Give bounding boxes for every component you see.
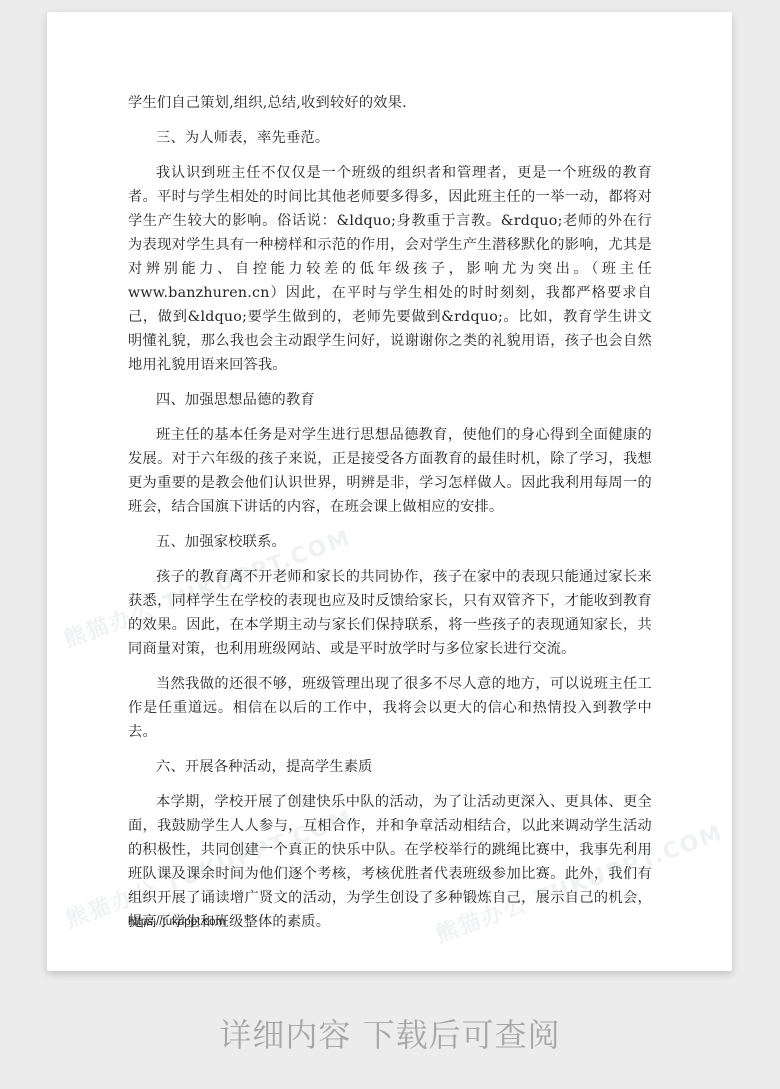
footer-url: https://tukuppt.com [128,916,225,928]
section-heading-4: 四、加强思想品德的教育 [128,388,652,412]
paragraph: 我认识到班主任不仅仅是一个班级的组织者和管理者，更是一个班级的教育者。平时与学生… [128,161,652,377]
document-body: 学生们自己策划,组织,总结,收到较好的效果. 三、为人师表，率先垂范。 我认识到… [128,91,652,934]
section-heading-3: 三、为人师表，率先垂范。 [128,126,652,150]
section-heading-6: 六、开展各种活动，提高学生素质 [128,755,652,779]
document-page: 熊猫办公 TUKUPPT.COM 熊猫办公 TUKUPPT.COM 熊猫办公 T… [47,12,732,971]
paragraph: 当然我做的还很不够，班级管理出现了很多不尽人意的地方，可以说班主任工作是任重道远… [128,672,652,744]
paragraph: 本学期，学校开展了创建快乐中队的活动，为了让活动更深入、更具体、更全面，我鼓励学… [128,790,652,934]
download-prompt-banner: 详细内容 下载后可查阅 [0,1010,780,1056]
paragraph: 学生们自己策划,组织,总结,收到较好的效果. [128,91,652,115]
paragraph: 孩子的教育离不开老师和家长的共同协作，孩子在家中的表现只能通过家长来获悉，同样学… [128,565,652,661]
paragraph: 班主任的基本任务是对学生进行思想品德教育，使他们的身心得到全面健康的发展。对于六… [128,423,652,519]
section-heading-5: 五、加强家校联系。 [128,530,652,554]
